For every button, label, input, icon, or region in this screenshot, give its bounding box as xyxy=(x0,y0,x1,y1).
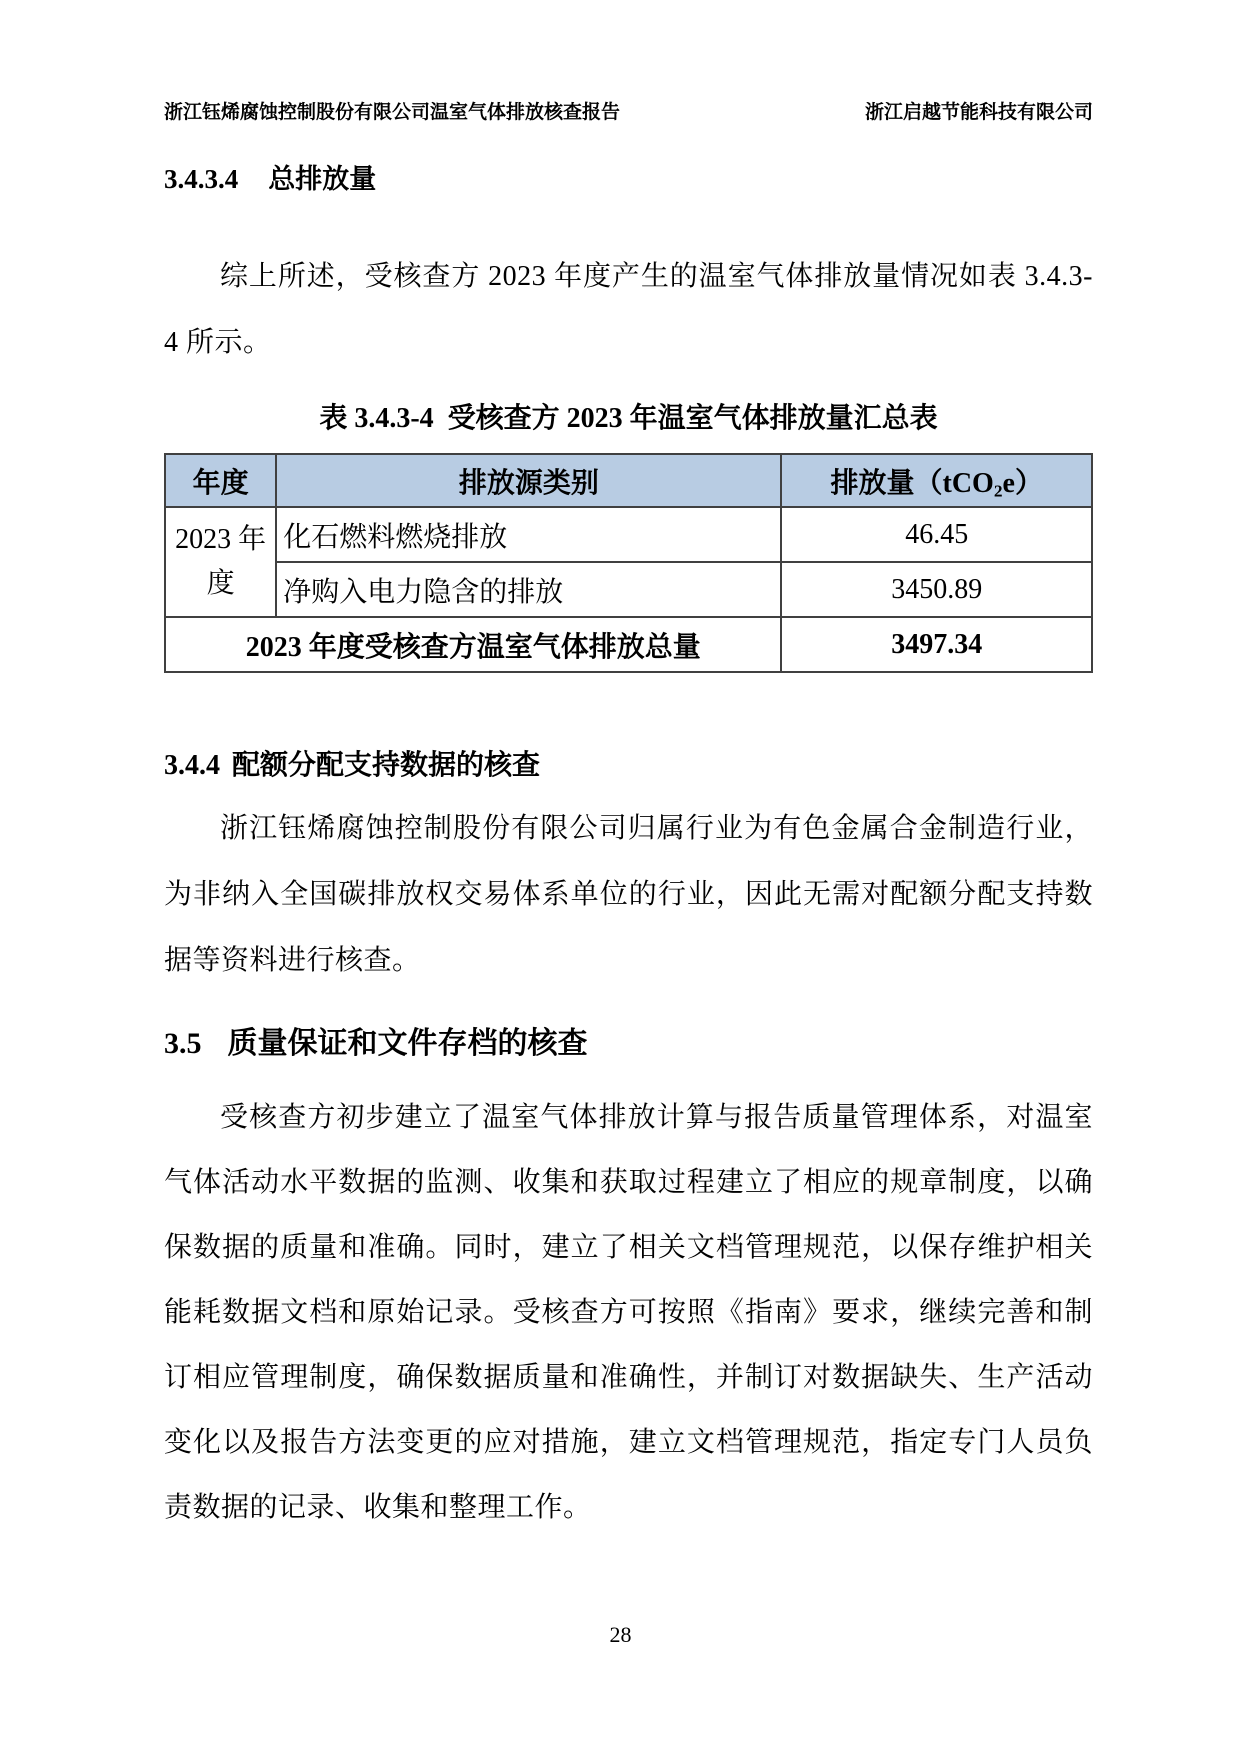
emissions-summary-table: 年度 排放源类别 排放量（tCO2e） 2023 年度 化石燃料燃烧排放 46.… xyxy=(164,453,1093,673)
header-cell-year: 年度 xyxy=(165,454,276,507)
section-heading-3-4-4: 3.4.4配额分配支持数据的核查 xyxy=(164,751,1093,781)
section-number: 3.5 xyxy=(164,1027,202,1060)
page-header-left-title: 浙江钰烯腐蚀控制股份有限公司温室气体排放核查报告 xyxy=(164,102,620,124)
table-caption-text: 受核查方 2023 年温室气体排放量汇总表 xyxy=(448,403,938,434)
cell-total-value: 3497.34 xyxy=(781,617,1092,672)
document-page: 浙江钰烯腐蚀控制股份有限公司温室气体排放核查报告 浙江启越节能科技有限公司 3.… xyxy=(0,0,1241,1755)
cell-total-label: 2023 年度受核查方温室气体排放总量 xyxy=(165,617,781,672)
paragraph-quality: 受核查方初步建立了温室气体排放计算与报告质量管理体系，对温室气体活动水平数据的监… xyxy=(164,1085,1093,1540)
table-total-row: 2023 年度受核查方温室气体排放总量 3497.34 xyxy=(165,617,1092,672)
section-title: 质量保证和文件存档的核查 xyxy=(228,1027,588,1060)
cell-amount-fossil: 46.45 xyxy=(781,507,1092,562)
table-caption-number: 表 3.4.3-4 xyxy=(319,403,433,434)
cell-amount-electricity: 3450.89 xyxy=(781,562,1092,617)
cell-year: 2023 年度 xyxy=(165,507,276,617)
table-header-row: 年度 排放源类别 排放量（tCO2e） xyxy=(165,454,1092,507)
section-title: 配额分配支持数据的核查 xyxy=(232,750,540,781)
paragraph-quota: 浙江钰烯腐蚀控制股份有限公司归属行业为有色金属合金制造行业，为非纳入全国碳排放权… xyxy=(164,796,1093,994)
section-heading-3-5: 3.5质量保证和文件存档的核查 xyxy=(164,1028,1093,1060)
cell-source-electricity: 净购入电力隐含的排放 xyxy=(276,562,781,617)
table-caption: 表 3.4.3-4受核查方 2023 年温室气体排放量汇总表 xyxy=(164,404,1093,434)
page-header: 浙江钰烯腐蚀控制股份有限公司温室气体排放核查报告 浙江启越节能科技有限公司 xyxy=(164,102,1093,124)
section-number: 3.4.4 xyxy=(164,750,220,781)
section-title: 总排放量 xyxy=(268,164,376,194)
header-cell-source: 排放源类别 xyxy=(276,454,781,507)
co2-subscript: 2 xyxy=(994,481,1003,500)
table-row: 2023 年度 化石燃料燃烧排放 46.45 xyxy=(165,507,1092,562)
paragraph-summary: 综上所述，受核查方 2023 年度产生的温室气体排放量情况如表 3.4.3-4 … xyxy=(164,244,1093,376)
page-header-right-title: 浙江启越节能科技有限公司 xyxy=(865,102,1093,124)
page-number: 28 xyxy=(0,1622,1241,1648)
cell-source-fossil: 化石燃料燃烧排放 xyxy=(276,507,781,562)
section-number: 3.4.3.4 xyxy=(164,164,238,194)
header-cell-amount: 排放量（tCO2e） xyxy=(781,454,1092,507)
table-row: 净购入电力隐含的排放 3450.89 xyxy=(165,562,1092,617)
section-heading-3-4-3-4: 3.4.3.4总排放量 xyxy=(164,164,1093,194)
